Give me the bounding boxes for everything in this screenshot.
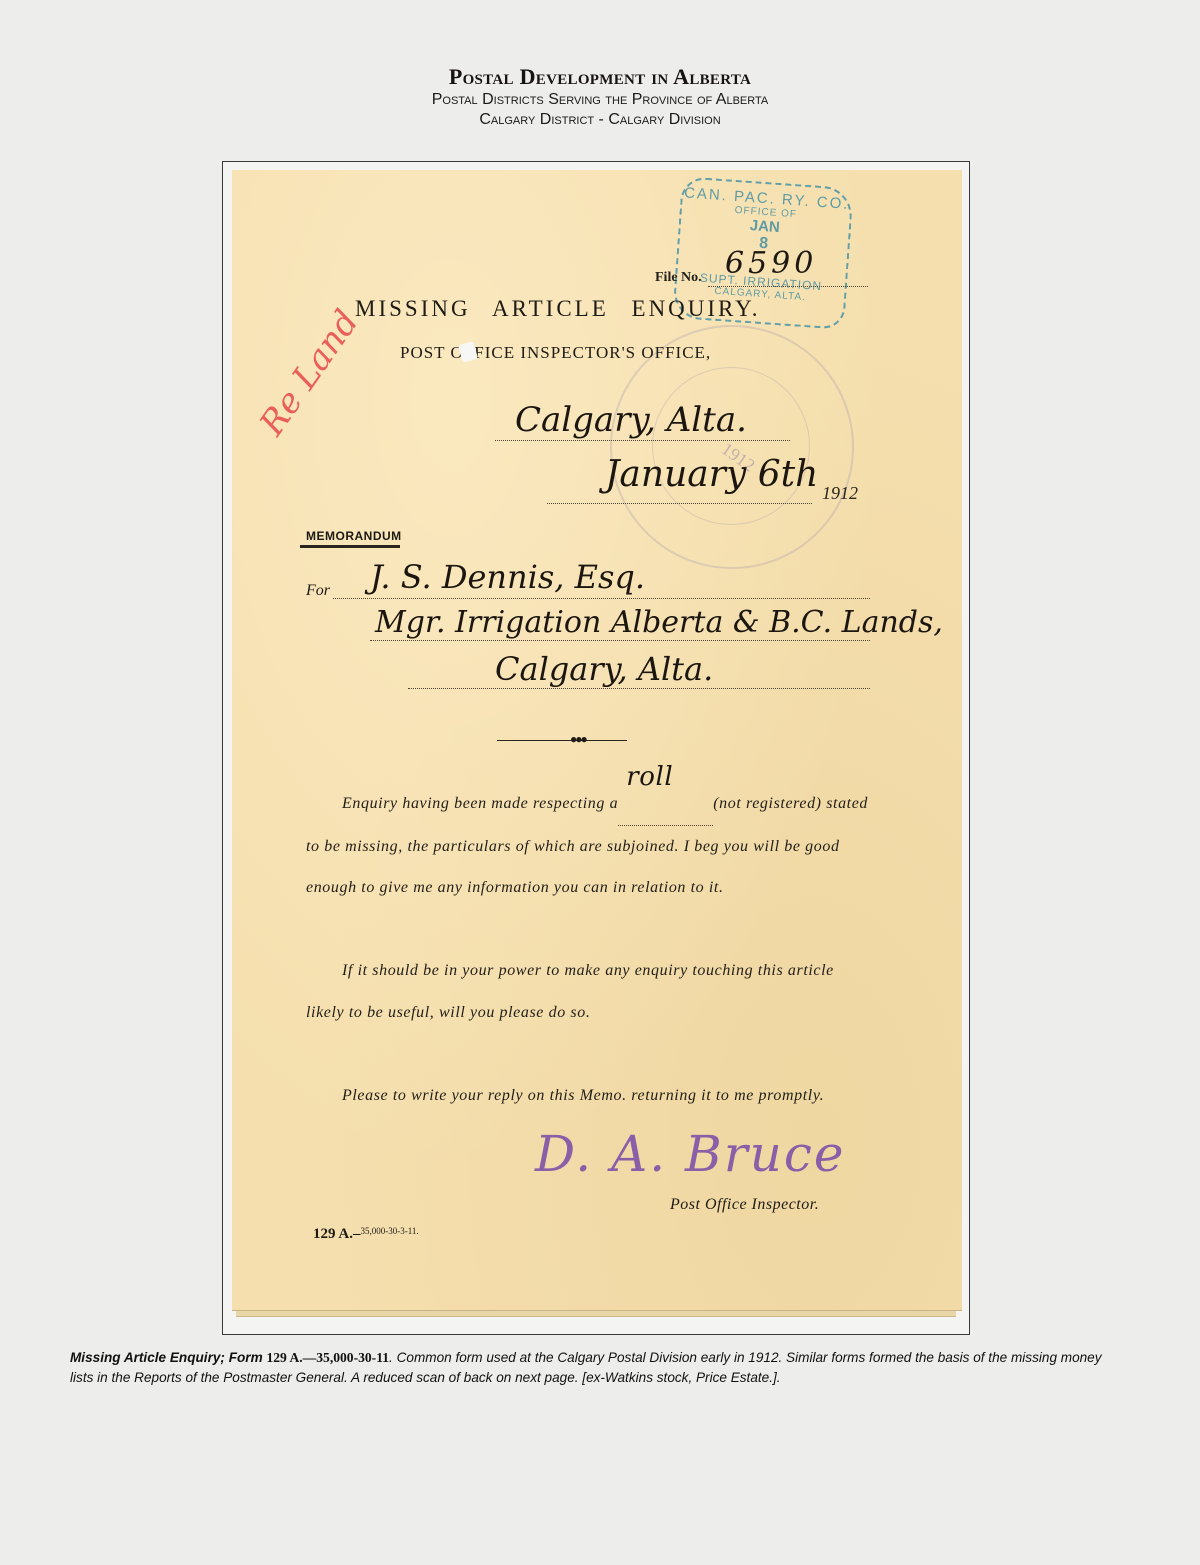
form-code: 129 A.–35,000-30-3-11. <box>313 1226 419 1243</box>
enquiry-paragraph: Enquiry having been made respecting arol… <box>306 783 871 909</box>
form-number: 129 A.– <box>313 1226 361 1242</box>
address-field-line-3 <box>408 688 870 689</box>
addressee-name: J. S. Dennis, Esq. <box>370 558 645 596</box>
ornament-rule <box>497 740 627 741</box>
page-title: Postal Development in Alberta <box>0 64 1200 90</box>
enquiry-text-start: Enquiry having been made respecting a <box>342 795 618 812</box>
address-field-line-2 <box>370 640 870 641</box>
request-paragraph: If it should be in your power to make an… <box>306 950 871 1033</box>
file-no-field-line <box>708 286 868 287</box>
reply-paragraph: Please to write your reply on this Memo.… <box>306 1075 871 1117</box>
office-line: POST OFFICE INSPECTOR'S OFFICE, <box>400 343 711 363</box>
caption-title: Missing Article Enquiry; Form <box>70 1349 263 1365</box>
ornament-dots-icon: ●●● <box>570 732 586 747</box>
place-field-line <box>495 440 790 441</box>
article-field: roll <box>618 783 713 826</box>
for-label: For <box>306 582 330 600</box>
address-field-line-1 <box>333 598 870 599</box>
addressee-title: Mgr. Irrigation Alberta & B.C. Lands, <box>375 605 943 640</box>
reply-text: Please to write your reply on this Memo.… <box>342 1087 824 1104</box>
exhibit-caption: Missing Article Enquiry; Form 129 A.—35,… <box>70 1348 1118 1387</box>
form-print-run: 35,000-30-3-11. <box>361 1226 419 1236</box>
article-value: roll <box>626 757 673 799</box>
page-header: Postal Development in Alberta Postal Dis… <box>0 64 1200 130</box>
memorandum-label: MEMORANDUM <box>306 529 402 543</box>
inspector-signature: D. A. Bruce <box>535 1125 845 1183</box>
date-handwritten: January 6th <box>605 454 818 495</box>
date-field-line <box>547 503 812 504</box>
memorandum-rule <box>300 545 400 548</box>
request-text: If it should be in your power to make an… <box>306 962 834 1021</box>
page-subtitle-districts: Postal Districts Serving the Province of… <box>0 90 1200 110</box>
place-handwritten: Calgary, Alta. <box>515 400 747 440</box>
form-title: MISSING ARTICLE ENQUIRY. <box>355 296 761 322</box>
addressee-city: Calgary, Alta. <box>495 650 713 688</box>
file-no-label: File No. <box>655 270 702 286</box>
file-no-value: 6590 <box>725 246 817 281</box>
page-subtitle-division: Calgary District - Calgary Division <box>0 110 1200 130</box>
caption-form-number: 129 A.—35,000-30-11 <box>266 1351 389 1366</box>
signature-title: Post Office Inspector. <box>670 1196 819 1214</box>
date-year: 1912 <box>822 483 858 504</box>
